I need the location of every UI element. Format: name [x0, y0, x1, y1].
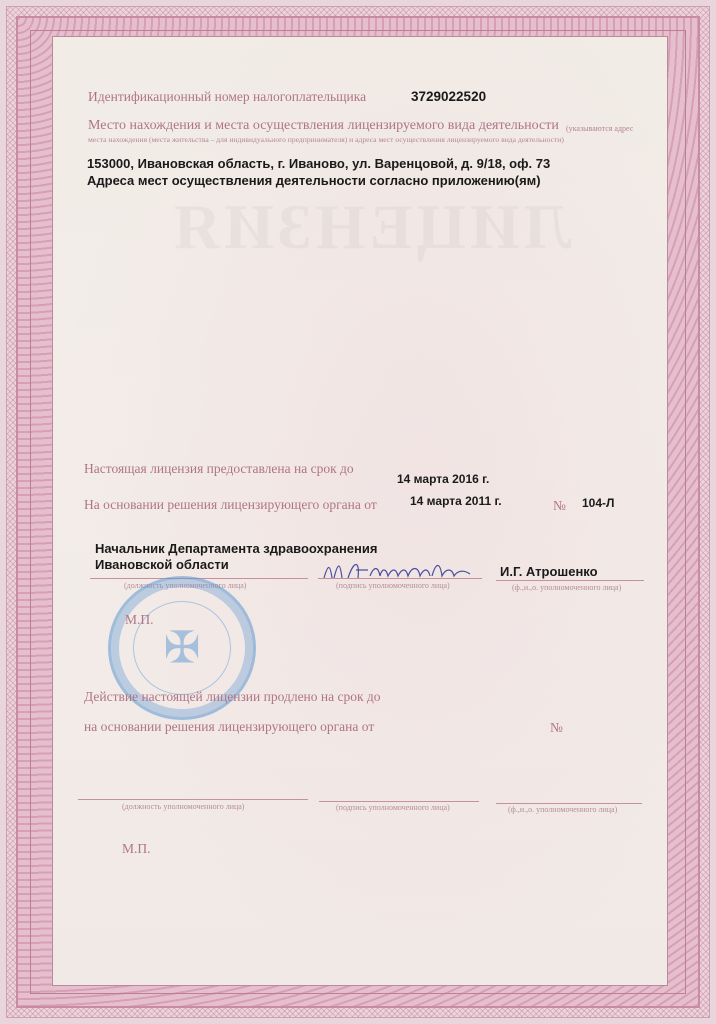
decision-number: 104-Л: [582, 496, 614, 510]
extension-hint-signature: (подпись уполномоченного лица): [336, 803, 450, 812]
addresses-note: Адреса мест осуществления деятельности с…: [87, 173, 541, 188]
hint-signature: (подпись уполномоченного лица): [336, 581, 450, 590]
double-headed-eagle-icon: ✠: [164, 623, 201, 674]
term-label: Настоящая лицензия предоставлена на срок…: [84, 461, 354, 477]
signature-underline: [318, 578, 482, 579]
extension-seal-label: М.П.: [122, 841, 151, 857]
extension-hint-position: (должность уполномоченного лица): [122, 802, 244, 811]
extension-position-underline: [78, 799, 308, 800]
location-note: места нахождения (места жительства – для…: [88, 135, 564, 144]
address-value: 153000, Ивановская область, г. Иваново, …: [87, 156, 550, 171]
signatory-position-line2: Ивановской области: [95, 557, 229, 572]
seal-label: М.П.: [125, 612, 154, 628]
extension-term-label: Действие настоящей лицензии продлено на …: [84, 689, 381, 705]
taxpayer-id-value: 3729022520: [411, 89, 486, 104]
location-label: Место нахождения и места осуществления л…: [88, 118, 559, 134]
extension-signature-underline: [319, 801, 479, 802]
location-note-inline: (указываются адрес: [566, 124, 633, 133]
decision-label: На основании решения лицензирующего орга…: [84, 497, 377, 513]
signatory-position-line1: Начальник Департамента здравоохранения: [95, 541, 377, 556]
hint-name: (ф.,и.,о. уполномоченного лица): [512, 583, 621, 592]
signatory-name: И.Г. Атрошенко: [500, 564, 598, 579]
extension-hint-name: (ф.,и.,о. уполномоченного лица): [508, 805, 617, 814]
taxpayer-id-label: Идентификационный номер налогоплательщик…: [88, 89, 366, 105]
extension-name-underline: [496, 803, 642, 804]
term-value: 14 марта 2016 г.: [397, 472, 489, 486]
name-underline: [496, 580, 644, 581]
extension-number-sign: №: [550, 720, 563, 736]
number-sign: №: [553, 498, 566, 514]
bleed-through-watermark: ЛИЦЕНЗИЯ: [170, 190, 572, 264]
extension-decision-label: на основании решения лицензирующего орга…: [84, 719, 374, 735]
decision-date: 14 марта 2011 г.: [410, 494, 502, 508]
